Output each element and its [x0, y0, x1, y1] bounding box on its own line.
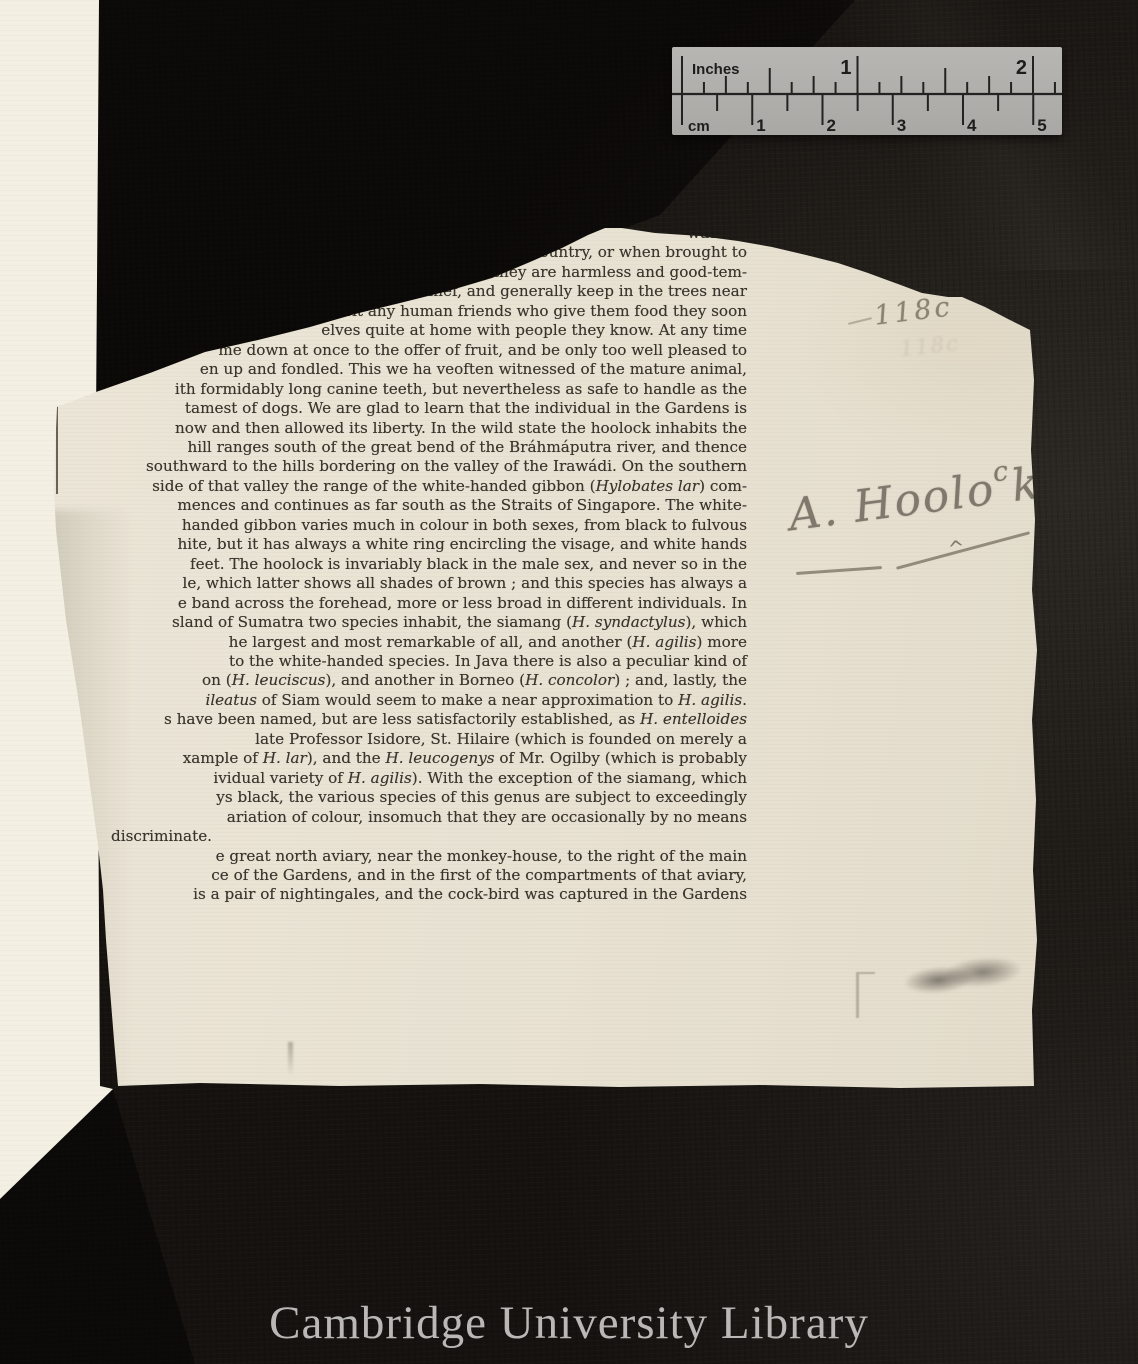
- offset-mark: [856, 972, 875, 1018]
- clipping-line: ariation of colour, insomuch that they a…: [55, 808, 747, 827]
- clipping-line: ith formidably long canine teeth, but ne…: [55, 380, 747, 399]
- clipping-line: hite, but it has always a white ring enc…: [55, 535, 747, 554]
- photo-stage: was notcountry, or when brought tohem, a…: [0, 0, 1138, 1364]
- ruler-number: 2: [827, 116, 836, 135]
- pencil-tick: [848, 317, 872, 325]
- clipping-line: feet. The hoolock is invariably black in…: [55, 555, 747, 574]
- clipping-line: tamest of dogs. We are glad to learn tha…: [55, 399, 747, 418]
- ink-smudge-small: [288, 1042, 293, 1076]
- clipping-line: he largest and most remarkable of all, a…: [55, 633, 747, 652]
- clipping-line: ileatus of Siam would seem to make a nea…: [55, 691, 747, 710]
- ruler-number: 1: [840, 57, 851, 79]
- clipping-line: now and then allowed its liberty. In the…: [55, 419, 747, 438]
- clipping-line: mences and continues as far south as the…: [55, 496, 747, 515]
- clipping-line: southward to the hills bordering on the …: [55, 457, 747, 476]
- clipping-line: s have been named, but are less satisfac…: [55, 710, 747, 729]
- catalogue-number-annotation: 118c: [872, 291, 954, 331]
- clipping-line: le, which latter shows all shades of bro…: [55, 574, 747, 593]
- fabric-fold-highlight: [830, 0, 1138, 270]
- clipping-line: xample of H. lar), and the H. leucogenys…: [55, 749, 747, 768]
- clipping-line: discriminate.: [55, 827, 747, 846]
- ruler-number: 1: [756, 116, 765, 135]
- clipping-line: to the white-handed species. In Java the…: [55, 652, 747, 671]
- clipping-line: ividual variety of H. agilis). With the …: [55, 769, 747, 788]
- clipping-line: e band across the forehead, more or less…: [55, 594, 747, 613]
- species-annotation-prefix: A. Hoolo: [786, 464, 999, 542]
- ruler-svg: Inches cm 1212345: [672, 47, 1062, 135]
- pencil-underline-short: [796, 566, 882, 574]
- clipping-line: on (H. leuciscus), and another in Borneo…: [55, 671, 747, 690]
- clipping-line: hill ranges south of the great bend of t…: [55, 438, 747, 457]
- ruler-cm-label: cm: [688, 118, 710, 135]
- clipping-line: e great north aviary, near the monkey-ho…: [55, 847, 747, 866]
- clipping-line: handed gibbon varies much in colour in b…: [55, 516, 747, 535]
- library-watermark: Cambridge University Library: [0, 1296, 1138, 1350]
- ruler-number: 4: [967, 116, 977, 135]
- ruler-number: 2: [1016, 57, 1027, 79]
- species-annotation: A. Hoolock: [786, 458, 1044, 542]
- catalogue-number-ghost: 118c: [899, 331, 961, 361]
- clipping-line: sland of Sumatra two species inhabit, th…: [55, 613, 747, 632]
- clipping-line: is a pair of nightingales, and the cock-…: [55, 885, 747, 904]
- clipping-line: ce of the Gardens, and in the first of t…: [55, 866, 747, 885]
- clipping-line: ys black, the various species of this ge…: [55, 788, 747, 807]
- ruler-inches-label: Inches: [692, 61, 740, 78]
- ruler-number: 5: [1037, 116, 1046, 135]
- measurement-ruler: Inches cm 1212345: [672, 47, 1062, 135]
- ruler-numbers: 1212345: [756, 57, 1046, 135]
- ruler-number: 3: [897, 116, 906, 135]
- ink-smudge: [901, 951, 1022, 1001]
- clipping-line: late Professor Isidore, St. Hilaire (whi…: [55, 730, 747, 749]
- clipping-line: side of that valley the range of the whi…: [55, 477, 747, 496]
